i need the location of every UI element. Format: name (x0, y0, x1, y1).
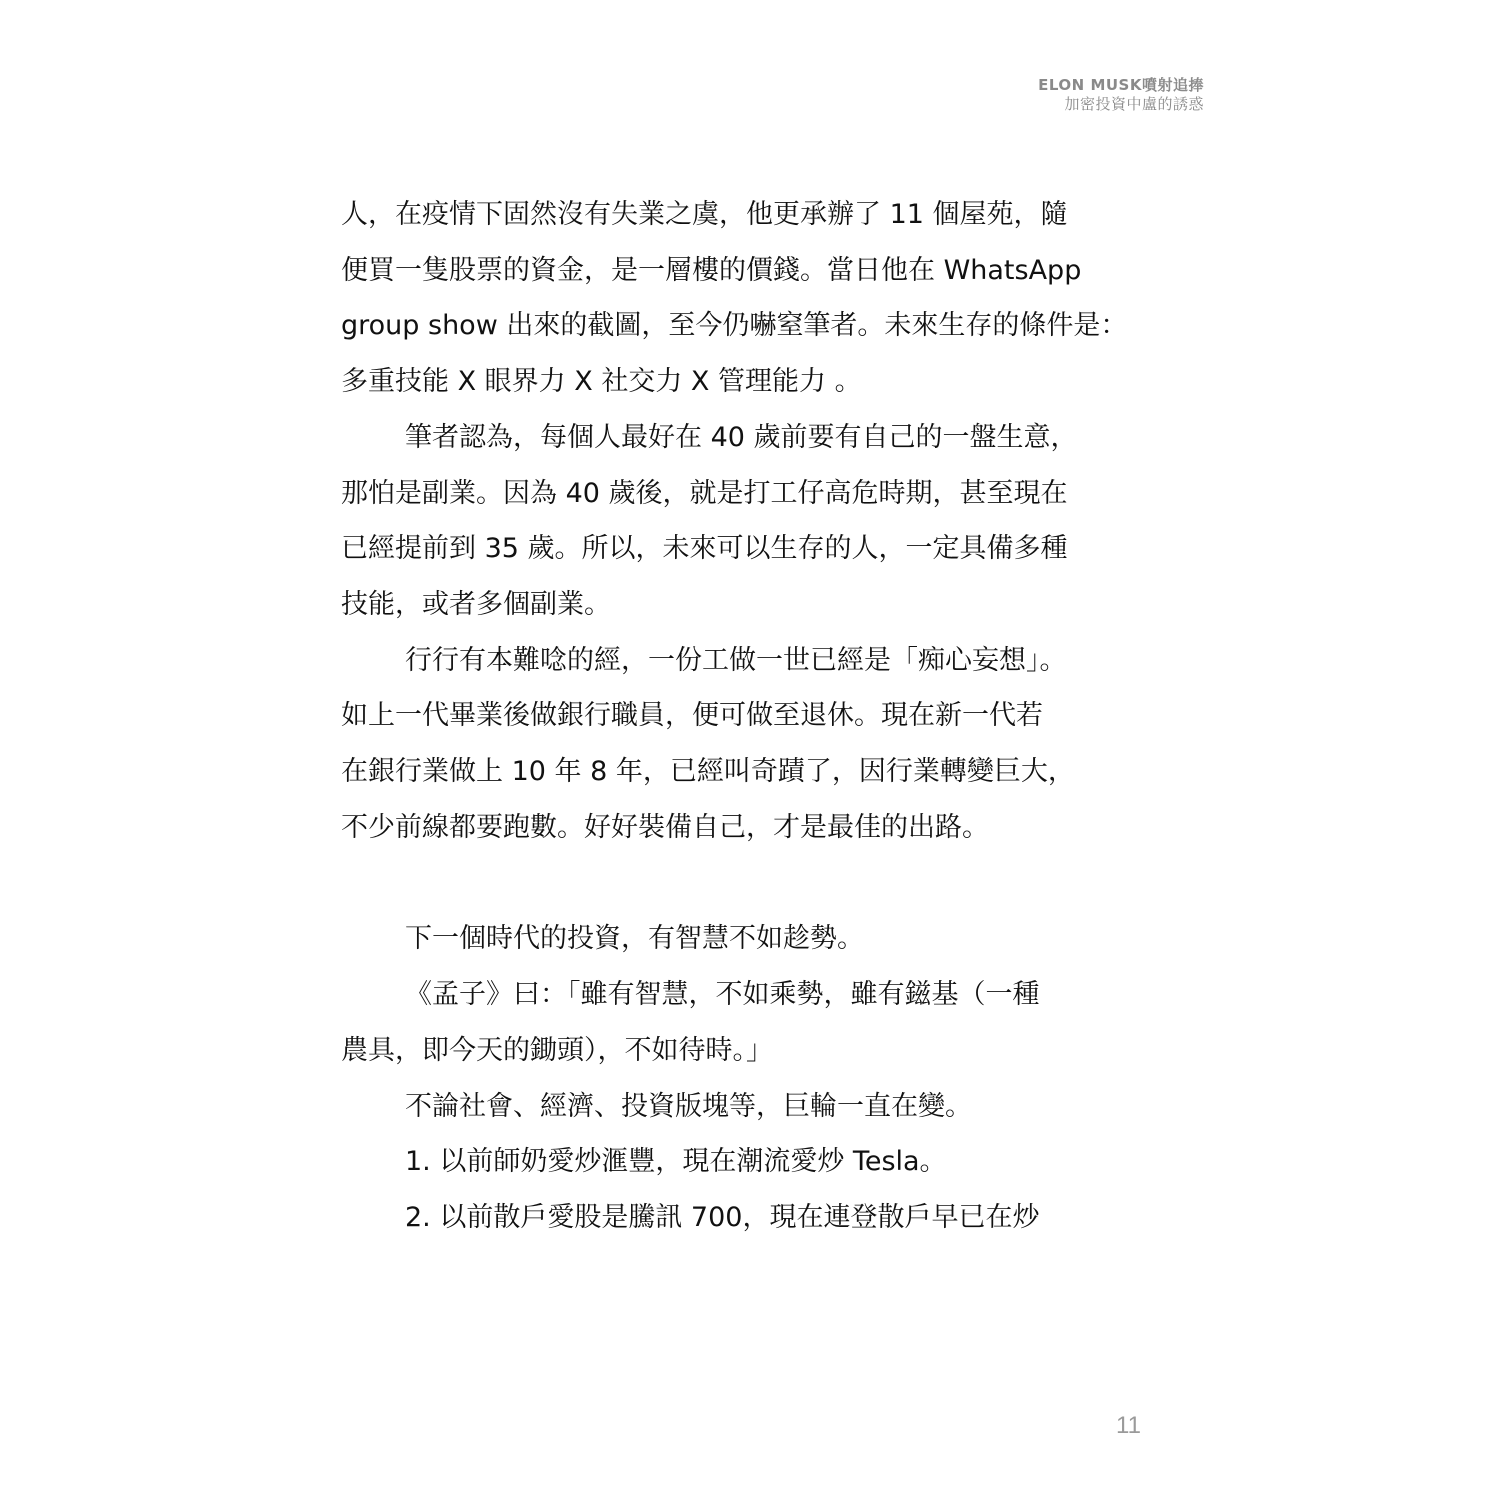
body-text: 人，在疫情下固然沒有失業之虞，他更承辦了 11 個屋苑，隨 便買一隻股票的資金，… (341, 187, 1131, 1246)
text-line: 便買一隻股票的資金，是一層樓的價錢。當日他在 WhatsApp (341, 243, 1131, 299)
running-header-title: ELON MUSK噴射追捧 (1038, 76, 1204, 95)
text-line: 在銀行業做上 10 年 8 年，已經叫奇蹟了，因行業轉變巨大， (341, 744, 1131, 800)
text-line: 那怕是副業。因為 40 歲後，就是打工仔高危時期，甚至現在 (341, 466, 1131, 522)
running-header-subtitle: 加密投資中盧的誘惑 (1038, 95, 1204, 114)
text-line: 農具，即今天的鋤頭），不如待時。」 (341, 1023, 1131, 1079)
text-line: group show 出來的截圖，至今仍嚇窒筆者。未來生存的條件是： (341, 298, 1131, 354)
list-item: 2. 以前散戶愛股是騰訊 700，現在連登散戶早已在炒 (341, 1190, 1131, 1246)
text-line: 人，在疫情下固然沒有失業之虞，他更承辦了 11 個屋苑，隨 (341, 187, 1131, 243)
quote-start: 《孟子》曰：「雖有智慧，不如乘勢，雖有鎡基（一種 (341, 967, 1131, 1023)
text-line: 如上一代畢業後做銀行職員，便可做至退休。現在新一代若 (341, 688, 1131, 744)
paragraph-start: 行行有本難唸的經，一份工做一世已經是「痴心妄想」。 (341, 633, 1131, 689)
paragraph-start: 筆者認為，每個人最好在 40 歲前要有自己的一盤生意， (341, 410, 1131, 466)
text-line: 已經提前到 35 歲。所以，未來可以生存的人，一定具備多種 (341, 521, 1131, 577)
section-gap (341, 855, 1131, 911)
text-line: 技能，或者多個副業。 (341, 577, 1131, 633)
paragraph-start: 不論社會、經濟、投資版塊等，巨輪一直在變。 (341, 1079, 1131, 1135)
running-header: ELON MUSK噴射追捧 加密投資中盧的誘惑 (1038, 76, 1204, 114)
text-line: 多重技能 X 眼界力 X 社交力 X 管理能力 。 (341, 354, 1131, 410)
list-item: 1. 以前師奶愛炒滙豐，現在潮流愛炒 Tesla。 (341, 1134, 1131, 1190)
section-heading: 下一個時代的投資，有智慧不如趁勢。 (341, 911, 1131, 967)
page-number: 11 (1116, 1412, 1141, 1440)
text-line: 不少前線都要跑數。好好裝備自己，才是最佳的出路。 (341, 800, 1131, 856)
